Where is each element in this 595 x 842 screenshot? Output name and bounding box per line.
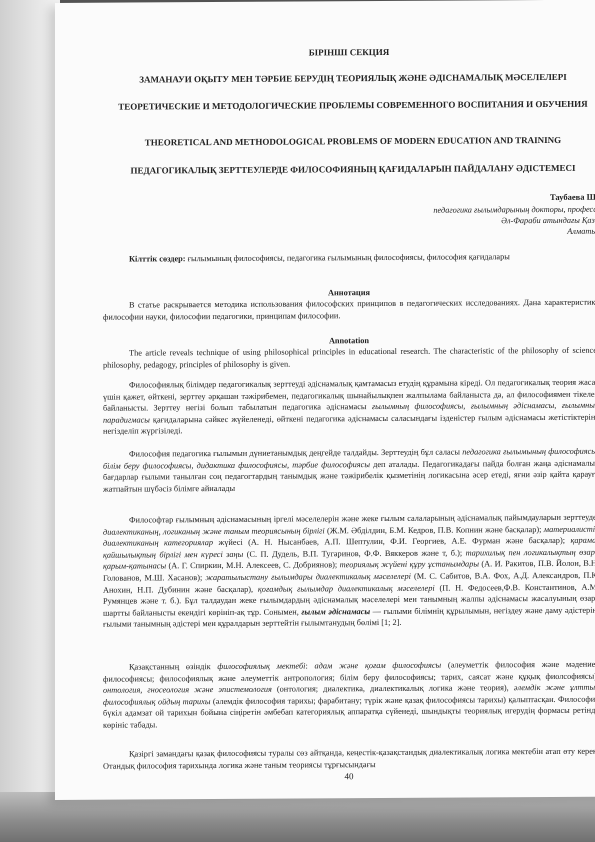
document-page: БІРІНШІ СЕКЦИЯ ЗАМАНАУИ ОҚЫТУ МЕН ТӘРБИЕ… — [55, 0, 595, 800]
section-title-ru: ТЕОРЕТИЧЕСКИЕ И МЕТОДОЛОГИЧЕСКИЕ ПРОБЛЕМ… — [103, 98, 595, 113]
body-paragraph-4: Қазақстанның өзіндік философиялық мектеб… — [103, 659, 595, 732]
section-label: БІРІНШІ СЕКЦИЯ — [103, 46, 595, 61]
body-paragraph-1: Философиялық білімдер педагогикалық зерт… — [103, 377, 595, 438]
emphasized-text: жаратылыстану ғылымдары диалектикалық мә… — [205, 572, 411, 582]
text-run: Философтар ғылымның әдіснамасының іргелі… — [129, 513, 595, 525]
page-number: 40 — [103, 770, 595, 785]
emphasized-text: ғылым әдіснамасы — [301, 607, 370, 616]
emphasized-text: онтология, гносеология және эпистемологи… — [103, 685, 272, 695]
text-run: (С. П. Дудель, В.П. Тугаринов, Ф.Ф. Вякк… — [243, 548, 465, 558]
keywords: Кілттік сөздер: ғылымының философиясы, п… — [103, 251, 595, 266]
emphasized-text: философиялық мектебі — [217, 661, 305, 671]
text-run: қағидаларына сәйкес жүйеленеді, өйткені … — [103, 412, 595, 436]
text-run: Қазақстанның өзіндік — [129, 662, 217, 672]
article-title: ПЕДАГОГИКАЛЫҚ ЗЕРТТЕУЛЕРДЕ ФИЛОСОФИЯНЫҢ … — [123, 162, 583, 177]
text-run: (онтология; диалектика, диалектикалық ло… — [272, 683, 514, 693]
body-paragraph-3: Философтар ғылымның әдіснамасының іргелі… — [103, 512, 595, 631]
keywords-label: Кілттік сөздер: — [129, 254, 186, 263]
section-title-en: THEORETICAL AND METHODOLOGICAL PROBLEMS … — [103, 135, 595, 150]
annotation-en-text: The article reveals technique of using p… — [103, 345, 595, 371]
emphasized-text: диалектиканың, логиканың және таным теор… — [103, 526, 325, 536]
keywords-text: ғылымының философиясы, педагогика ғылымы… — [188, 252, 510, 263]
body-paragraph-2: Философия педагогика ғылымын дүниетанымд… — [103, 446, 595, 495]
author-city: Алматы қ. — [305, 226, 595, 239]
author-university: Әл-Фараби атындағы ҚазҰУ — [305, 214, 595, 227]
text-run: жүйесі (А. Н. Нысанбаев, А.П. Шептулин, … — [213, 536, 570, 547]
emphasized-text: адам және қоғам философиясы — [315, 661, 442, 671]
body-paragraph-5: Қазіргі замандағы қазақ философиясы тура… — [103, 746, 595, 772]
emphasized-text: теориялық жүйені құру ұстанымдары — [340, 560, 479, 570]
text-run: : — [305, 661, 314, 670]
text-run: (А. Г. Спиркин, М.Н. Алексеев, С. Добрия… — [166, 561, 340, 571]
text-run: Қазіргі замандағы қазақ философиясы тура… — [103, 747, 595, 771]
annotation-ru-text: В статье раскрывается методика использов… — [103, 297, 595, 323]
emphasized-text: қоғамдық ғылымдар диалектикалық мәселеле… — [258, 583, 435, 593]
text-run: (Ж.М. Әбділдин, Б.М. Кедров, П.В. Копнин… — [325, 525, 544, 535]
author-block: Таубаева Ш.Т. педагогика ғылымдарының до… — [305, 192, 595, 239]
book-gutter — [0, 0, 60, 842]
section-title-kz: ЗАМАНАУИ ОҚЫТУ МЕН ТӘРБИЕ БЕРУДІҢ ТЕОРИЯ… — [103, 72, 595, 87]
text-run: Философия педагогика ғылымын дүниетанымд… — [129, 448, 462, 459]
